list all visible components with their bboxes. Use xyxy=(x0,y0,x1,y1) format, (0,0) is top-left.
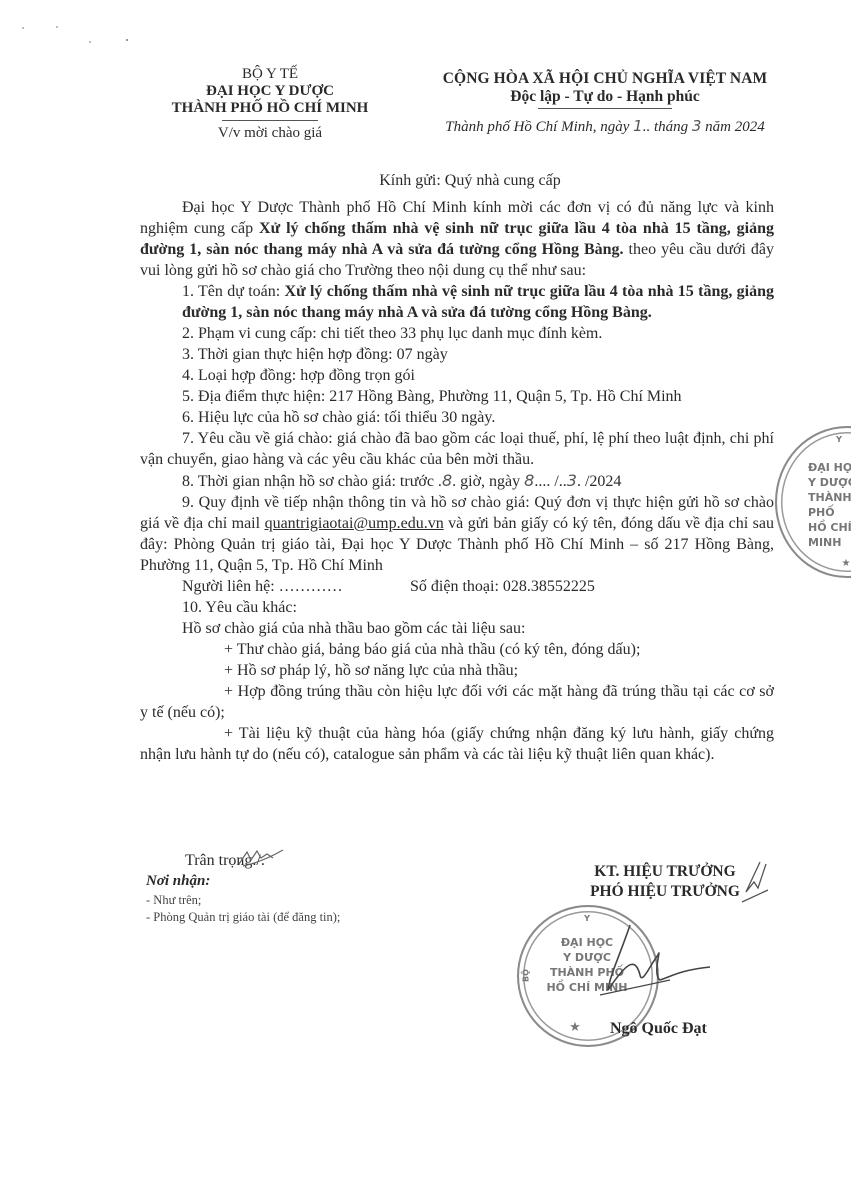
scan-speck xyxy=(22,27,24,29)
document-subject: V/v mời chào giá xyxy=(140,125,400,142)
deadline-month-handwritten: 3 xyxy=(567,471,577,490)
item-1: 1. Tên dự toán: Xử lý chống thấm nhà vệ … xyxy=(140,281,774,323)
recipient-item: - Như trên; xyxy=(146,892,340,909)
signatory-title: KT. HIỆU TRƯỞNG PHÓ HIỆU TRƯỞNG xyxy=(560,862,770,902)
scan-speck xyxy=(89,41,91,43)
scan-speck xyxy=(56,26,58,28)
stamp-side-text: BỘ xyxy=(519,969,534,983)
item8-sep: .... /.. xyxy=(534,473,566,490)
document-date: Thành phố Hồ Chí Minh, ngày 1.. tháng 3 … xyxy=(420,117,790,136)
initials-scribble-icon xyxy=(237,846,287,868)
stamp-line: THÀNH PHỐ xyxy=(808,490,851,520)
item-10-intro: Hồ sơ chào giá của nhà thầu bao gồm các … xyxy=(140,618,774,639)
item-7: 7. Yêu cầu về giá chào: giá chào đã bao … xyxy=(140,428,774,470)
date-prefix: Thành phố Hồ Chí Minh, ngày xyxy=(445,119,633,135)
item-2: 2. Phạm vi cung cấp: chi tiết theo 33 ph… xyxy=(140,323,774,344)
national-motto: Độc lập - Tự do - Hạnh phúc xyxy=(420,88,790,106)
item8-mid: . giờ, ngày xyxy=(452,473,524,490)
item-5: 5. Địa điểm thực hiện: 217 Hồng Bàng, Ph… xyxy=(140,386,774,407)
required-doc: + Hợp đồng trúng thầu còn hiệu lực đối v… xyxy=(140,681,774,723)
signatory-title-line2: PHÓ HIỆU TRƯỞNG xyxy=(560,882,770,902)
date-mid: .. tháng xyxy=(643,119,692,135)
item8-suffix: . /2024 xyxy=(577,473,621,490)
initial-mark-icon xyxy=(740,860,770,904)
item8-prefix: 8. Thời gian nhận hồ sơ chào giá: trước … xyxy=(182,473,442,490)
date-suffix: năm 2024 xyxy=(701,119,764,135)
recipient-item: - Phòng Quản trị giáo tài (để đăng tin); xyxy=(146,909,340,926)
date-day-handwritten: 1 xyxy=(633,117,643,135)
motto-rule xyxy=(538,108,672,109)
signature-scribble-icon xyxy=(580,915,730,1005)
item-8: 8. Thời gian nhận hồ sơ chào giá: trước … xyxy=(140,470,774,492)
salutation: Kính gửi: Quý nhà cung cấp xyxy=(170,172,770,190)
star-icon: ★ xyxy=(565,1020,585,1035)
required-doc: + Hồ sơ pháp lý, hồ sơ năng lực của nhà … xyxy=(140,660,774,681)
contact-phone: Số điện thoại: 028.38552225 xyxy=(410,576,595,597)
stamp-line: Y DƯỢC xyxy=(808,475,851,490)
star-icon: ★ xyxy=(840,556,851,571)
scan-speck xyxy=(126,39,128,41)
contact-line: Người liên hệ: …………Số điện thoại: 028.38… xyxy=(140,576,774,597)
item-4: 4. Loại hợp đồng: hợp đồng trọn gói xyxy=(140,365,774,386)
country-name: CỘNG HÒA XÃ HỘI CHỦ NGHĨA VIỆT NAM xyxy=(420,70,790,88)
letter-body: Đại học Y Dược Thành phố Hồ Chí Minh kín… xyxy=(140,197,774,765)
email-link[interactable]: quantrigiaotai@ump.edu.vn xyxy=(265,515,444,532)
recipients-title: Nơi nhận: xyxy=(146,873,210,890)
signatory-title-line1: KT. HIỆU TRƯỞNG xyxy=(560,862,770,882)
date-month-handwritten: 3 xyxy=(692,117,702,135)
header-rule xyxy=(222,120,318,121)
item-3: 3. Thời gian thực hiện hợp đồng: 07 ngày xyxy=(140,344,774,365)
deadline-day-handwritten: 8 xyxy=(524,471,534,490)
signatory-name: Ngô Quốc Đạt xyxy=(610,1020,707,1038)
stamp-line: HỒ CHÍ MINH xyxy=(808,520,851,550)
recipients-list: - Như trên; - Phòng Quản trị giáo tài (đ… xyxy=(146,892,340,926)
deadline-hour-handwritten: 8 xyxy=(442,471,452,490)
required-doc: + Tài liệu kỹ thuật của hàng hóa (giấy c… xyxy=(140,723,774,765)
required-doc: + Thư chào giá, bảng báo giá của nhà thầ… xyxy=(140,639,774,660)
contact-person: Người liên hệ: ………… xyxy=(182,576,410,597)
stamp-top-letter: Y xyxy=(834,432,844,447)
item-9: 9. Quy định về tiếp nhận thông tin và hồ… xyxy=(140,492,774,576)
national-header: CỘNG HÒA XÃ HỘI CHỦ NGHĨA VIỆT NAM Độc l… xyxy=(420,70,790,136)
intro-paragraph: Đại học Y Dược Thành phố Hồ Chí Minh kín… xyxy=(140,197,774,281)
ministry-name: BỘ Y TẾ xyxy=(140,66,400,83)
page-seal-text: ĐẠI HỌC Y DƯỢC THÀNH PHỐ HỒ CHÍ MINH xyxy=(808,460,851,550)
item-6: 6. Hiệu lực của hồ sơ chào giá: tối thiể… xyxy=(140,407,774,428)
org-name-line2: THÀNH PHỐ HỒ CHÍ MINH xyxy=(140,100,400,117)
item-label: 1. Tên dự toán: xyxy=(182,283,285,300)
stamp-line: ĐẠI HỌC xyxy=(808,460,851,475)
issuer-header: BỘ Y TẾ ĐẠI HỌC Y DƯỢC THÀNH PHỐ HỒ CHÍ … xyxy=(140,66,400,142)
item-10-title: 10. Yêu cầu khác: xyxy=(140,597,774,618)
org-name-line1: ĐẠI HỌC Y DƯỢC xyxy=(140,83,400,100)
